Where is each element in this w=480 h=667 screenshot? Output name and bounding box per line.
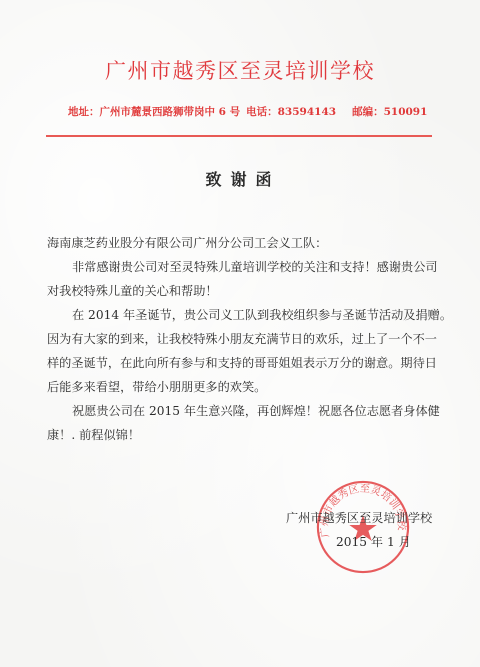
letter-body: 海南康芝药业股分有限公司广州分公司工会义工队： 非常感谢贵公司对至灵特殊儿童培训… — [47, 231, 437, 447]
signature-block: 广州市越秀区至灵培训学校 2015 年 1 月 — [286, 506, 436, 554]
document-title: 致谢函 — [0, 169, 480, 191]
phone-label: 电话： — [246, 106, 278, 118]
address-value: 广州市麓景西路狮带岗中 6 号 — [100, 106, 241, 118]
scanned-letter-page: 广州市越秀区至灵培训学校 地址：广州市麓景西路狮带岗中 6 号电话：835941… — [0, 0, 480, 667]
postcode-value: 510091 — [384, 106, 428, 118]
letterhead-contact-line: 地址：广州市麓景西路狮带岗中 6 号电话：83594143邮编：510091 — [68, 104, 427, 120]
body-line: 非常感谢贵公司对至灵特殊儿童培训学校的关注和支持！感谢贵公司 — [47, 255, 437, 279]
letterhead-school-name: 广州市越秀区至灵培训学校 — [0, 58, 480, 84]
body-line: 在 2014 年圣诞节，贵公司义工队到我校组织参与圣诞节活动及捐赠。 — [47, 303, 437, 327]
address-label: 地址： — [68, 106, 100, 118]
postcode-label: 邮编： — [352, 106, 384, 118]
phone-value: 83594143 — [278, 106, 336, 118]
body-line: 祝愿贵公司在 2015 年生意兴隆，再创辉煌！祝愿各位志愿者身体健 — [47, 399, 437, 423]
body-line: 因为有大家的到来，让我校特殊小朋友充满节日的欢乐，过上了一个不一 — [47, 327, 437, 351]
body-line: 后能多来看望，带给小朋朋更多的欢笑。 — [47, 375, 437, 399]
body-line: 对我校特殊儿童的关心和帮助！ — [47, 279, 437, 303]
signature-organization: 广州市越秀区至灵培训学校 — [286, 506, 436, 530]
letterhead-divider — [46, 135, 432, 137]
salutation: 海南康芝药业股分有限公司广州分公司工会义工队： — [47, 231, 437, 255]
body-line: 康！. 前程似锦！ — [47, 423, 437, 447]
signature-date: 2015 年 1 月 — [286, 530, 436, 554]
body-line: 样的圣诞节，在此向所有参与和支持的哥哥姐姐表示万分的谢意。期待日 — [47, 351, 437, 375]
